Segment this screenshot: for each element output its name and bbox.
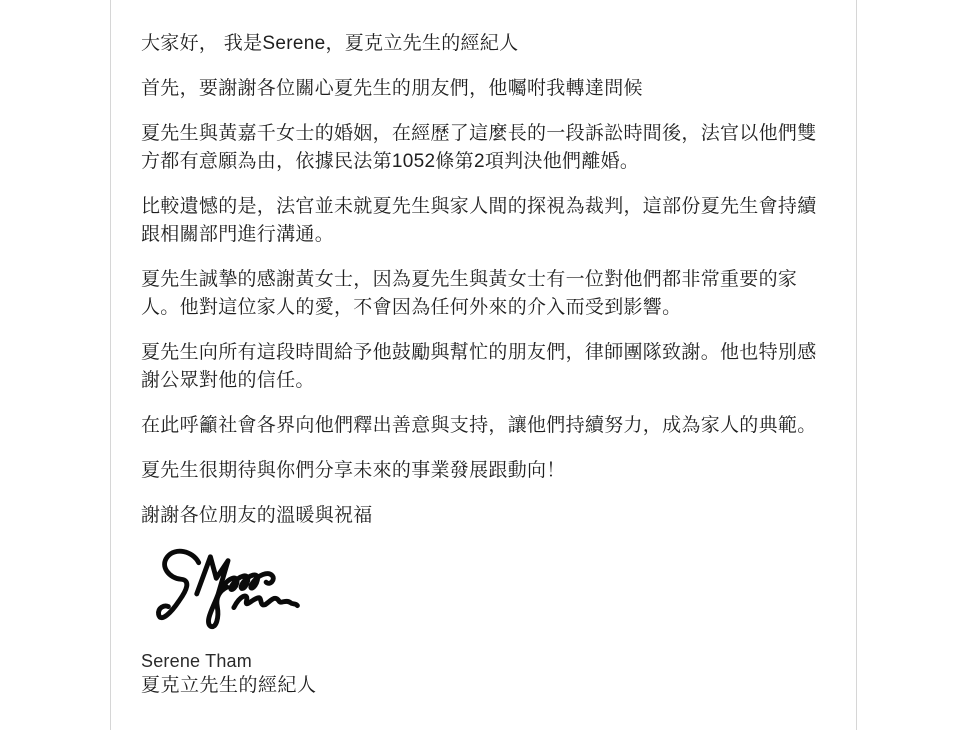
document-page: 大家好， 我是Serene，夏克立先生的經紀人 首先，要謝謝各位關心夏先生的朋友… [110,0,857,730]
statement-paragraph: 夏先生很期待與你們分享未來的事業發展跟動向！ [141,457,820,485]
statement-paragraph: 首先，要謝謝各位關心夏先生的朋友們，他囑咐我轉達問候 [141,75,820,103]
signoff-name: Serene Tham [141,649,820,673]
signoff-title: 夏克立先生的經紀人 [141,673,820,699]
signoff-block: Serene Tham 夏克立先生的經紀人 [141,649,820,699]
statement-paragraph: 夏先生與黃嘉千女士的婚姻，在經歷了這麼長的一段訴訟時間後，法官以他們雙方都有意願… [141,120,820,176]
statement-paragraph: 謝謝各位朋友的溫暖與祝福 [141,502,820,530]
signature-image [143,547,313,633]
statement-paragraph: 夏先生誠摯的感謝黃女士，因為夏先生與黃女士有一位對他們都非常重要的家人。他對這位… [141,266,820,322]
statement-paragraph: 大家好， 我是Serene，夏克立先生的經紀人 [141,30,820,58]
statement-body: 大家好， 我是Serene，夏克立先生的經紀人 首先，要謝謝各位關心夏先生的朋友… [141,30,820,530]
statement-paragraph: 比較遺憾的是，法官並未就夏先生與家人間的探視為裁判，這部份夏先生會持續跟相關部門… [141,193,820,249]
statement-paragraph: 在此呼籲社會各界向他們釋出善意與支持，讓他們持續努力，成為家人的典範。 [141,412,820,440]
statement-paragraph: 夏先生向所有這段時間給予他鼓勵與幫忙的朋友們，律師團隊致謝。他也特別感謝公眾對他… [141,339,820,395]
